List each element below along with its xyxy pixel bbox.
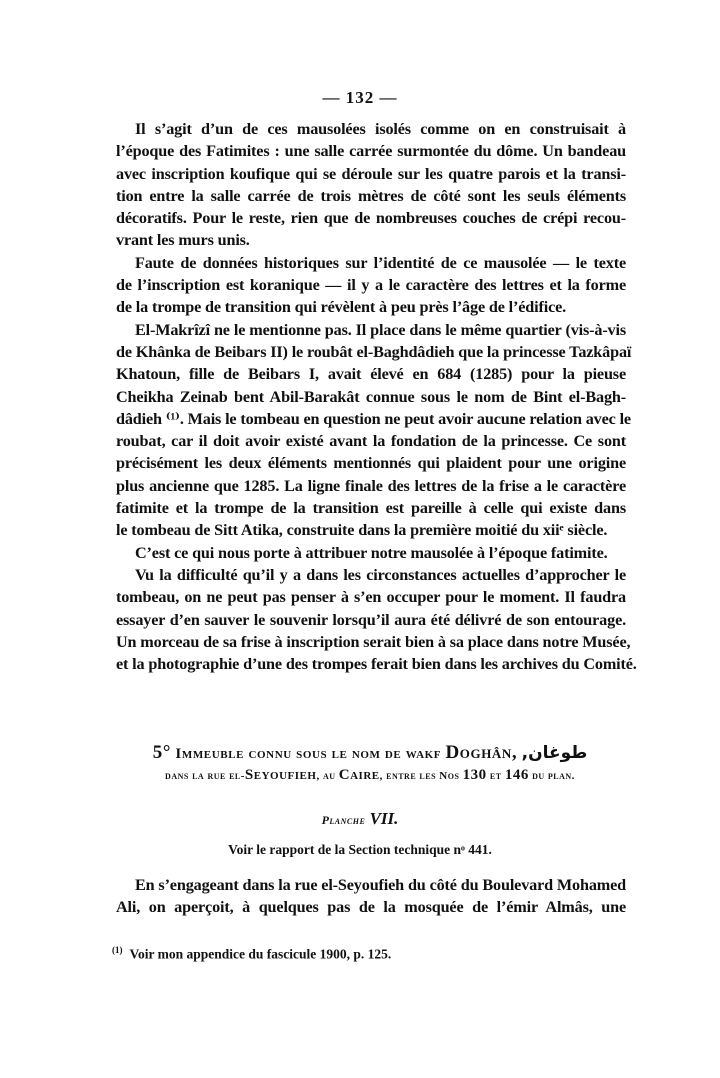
body-text-block-1: Il s’agit d’un de ces mausolées isolés c… (116, 118, 626, 675)
text-line: tion entre la salle carrée de trois mètr… (116, 185, 626, 207)
footnote-text: Voir mon appendice du fascicule 1900, p.… (130, 947, 392, 962)
heading-text: du plan. (532, 770, 575, 782)
text-line: dâdieh ⁽¹⁾. Mais le tombeau en question … (116, 408, 626, 430)
text-line: Vu la difficulté qu’il y a dans les circ… (116, 564, 626, 586)
heading-text: dans la rue el- (165, 770, 245, 782)
technical-report-reference: Voir le rapport de la Section technique … (0, 842, 720, 858)
text-line: vrant les murs unis. (116, 229, 626, 251)
text-line: Faute de données historiques sur l’ident… (116, 252, 626, 274)
section-title-name: Doghân, (445, 742, 517, 763)
section-number: 5° (153, 742, 171, 763)
text-line: Khatoun, fille de Beibars I, avait élevé… (116, 363, 626, 385)
plate-label: Planche (322, 813, 366, 827)
text-line: plus ancienne que 1285. La ligne finale … (116, 475, 626, 497)
text-line: et la photographie d’une des trompes fer… (116, 653, 626, 675)
text-line: le tombeau de Sitt Atika, construite dan… (116, 519, 626, 541)
text-line: Ali, on aperçoit, à quelques pas de la m… (116, 896, 626, 918)
text-line: roubat, car il doit avoir existé avant l… (116, 430, 626, 452)
document-page: — 132 — Il s’agit d’un de ces mausolées … (0, 0, 720, 1078)
text-line: Cheikha Zeinab bent Abil-Barakât connue … (116, 386, 626, 408)
text-line: de Khânka de Beibars II) le roubât el-Ba… (116, 341, 626, 363)
text-line: l’époque des Fatimites : une salle carré… (116, 140, 626, 162)
heading-city: Caire (339, 767, 380, 783)
section-title-arabic: طوغان, (522, 743, 588, 763)
body-text-block-2: En s’engageant dans la rue el-Seyoufieh … (116, 874, 626, 919)
text-line: En s’engageant dans la rue el-Seyoufieh … (116, 874, 626, 896)
section-heading-line-2: dans la rue el-Seyoufieh, au Caire, entr… (100, 767, 640, 784)
heading-text: , au (316, 770, 335, 782)
text-line: décoratifs. Pour le reste, rien que de n… (116, 207, 626, 229)
heading-street-name: Seyoufieh (245, 767, 317, 783)
text-line: fatimite et la trompe de la transition e… (116, 497, 626, 519)
heading-number-2: 146 (505, 767, 529, 783)
heading-number-1: 130 (463, 767, 487, 783)
page-number: — 132 — (0, 88, 720, 108)
text-line: avec inscription koufique qui se déroule… (116, 163, 626, 185)
text-line: C’est ce qui nous porte à attribuer notr… (116, 542, 626, 564)
text-line: Un morceau de sa frise à inscription ser… (116, 631, 626, 653)
heading-text: et (490, 770, 502, 782)
text-line: tombeau, on ne peut pas penser à s’en oc… (116, 586, 626, 608)
plate-number: VII. (370, 809, 399, 828)
heading-nos: Nos (439, 770, 459, 782)
section-heading-line-1: 5° Immeuble connu sous le nom de wakf Do… (100, 742, 640, 764)
footnote-mark: (1) (112, 945, 123, 955)
footnote: (1)Voir mon appendice du fascicule 1900,… (112, 945, 391, 963)
section-title-prefix: Immeuble connu sous le nom de wakf (175, 746, 441, 762)
text-line: de l’inscription est koranique — il y a … (116, 274, 626, 296)
text-line: précisément les deux éléments mentionnés… (116, 452, 626, 474)
text-line: Il s’agit d’un de ces mausolées isolés c… (116, 118, 626, 140)
text-line: essayer d’en sauver le souvenir lorsqu’i… (116, 609, 626, 631)
text-line: El-Makrîzî ne le mentionne pas. Il place… (116, 319, 626, 341)
plate-reference: Planche VII. (0, 809, 720, 829)
text-line: de la trompe de transition qui révèlent … (116, 296, 626, 318)
heading-text: , entre les (380, 770, 436, 782)
